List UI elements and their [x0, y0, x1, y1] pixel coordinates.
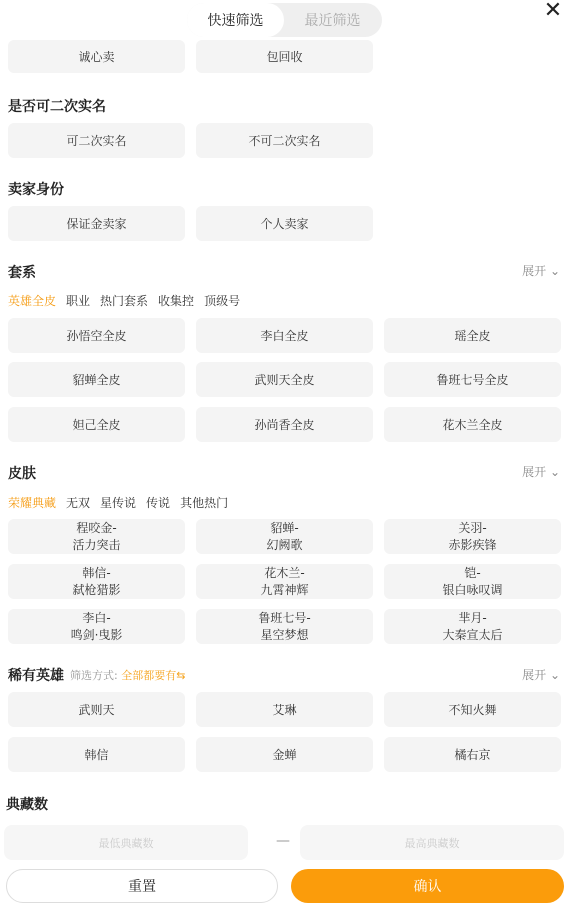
option-personal-seller[interactable]: 个人卖家 — [196, 206, 373, 241]
skin-option[interactable]: 韩信-弑枪猎影 — [8, 564, 185, 599]
skin-name: 弑枪猎影 — [72, 582, 120, 599]
skin-name: 活力突击 — [72, 537, 120, 554]
suit-option[interactable]: 妲己全皮 — [8, 407, 185, 442]
rare-filter-mode: 筛选方式: 全部都要有⇆ — [70, 667, 185, 683]
suit-tab[interactable]: 职业 — [66, 292, 90, 309]
reset-button[interactable]: 重置 — [6, 869, 278, 903]
option-deposit-seller[interactable]: 保证金卖家 — [8, 206, 185, 241]
tab-recent-filter[interactable]: 最近筛选 — [284, 3, 381, 37]
skin-option[interactable]: 铠-银白咏叹调 — [384, 564, 561, 599]
skin-tab[interactable]: 其他热门 — [180, 494, 228, 511]
skin-tab[interactable]: 传说 — [146, 494, 170, 511]
suit-tab[interactable]: 英雄全皮 — [8, 292, 56, 309]
rare-hero-option[interactable]: 金蝉 — [196, 737, 373, 772]
skin-option[interactable]: 李白-鸣剑·曳影 — [8, 609, 185, 644]
chevron-down-icon: ⌄ — [550, 465, 560, 479]
skin-hero: 铠- — [464, 565, 480, 582]
section-title-rare: 稀有英雄 — [8, 665, 64, 685]
suit-option[interactable]: 孙悟空全皮 — [8, 318, 185, 353]
filter-mode-toggle: 快速筛选 最近筛选 — [187, 3, 382, 37]
suit-option[interactable]: 花木兰全皮 — [384, 407, 561, 442]
rare-expand-button[interactable]: 展开 ⌄ — [522, 666, 560, 683]
skin-tab[interactable]: 无双 — [66, 494, 90, 511]
skin-hero: 李白- — [82, 610, 110, 627]
suit-tabs: 英雄全皮 职业 热门套系 收集控 顶级号 — [8, 292, 240, 309]
suit-expand-button[interactable]: 展开 ⌄ — [522, 262, 560, 279]
max-collection-input[interactable]: 最高典藏数 — [300, 825, 564, 860]
skin-tab[interactable]: 星传说 — [100, 494, 136, 511]
rare-hero-option[interactable]: 艾琳 — [196, 692, 373, 727]
section-title-collection: 典藏数 — [6, 794, 48, 814]
skin-hero: 鲁班七号- — [258, 610, 310, 627]
skin-hero: 芈月- — [458, 610, 486, 627]
rare-hero-option[interactable]: 韩信 — [8, 737, 185, 772]
skin-name: 星空梦想 — [260, 627, 308, 644]
option-buyback[interactable]: 包回收 — [196, 40, 373, 73]
close-icon[interactable]: ✕ — [542, 0, 564, 22]
skin-option[interactable]: 花木兰-九霄神辉 — [196, 564, 373, 599]
skin-option[interactable]: 鲁班七号-星空梦想 — [196, 609, 373, 644]
suit-option[interactable]: 武则天全皮 — [196, 362, 373, 397]
rare-hero-option[interactable]: 武则天 — [8, 692, 185, 727]
suit-option[interactable]: 鲁班七号全皮 — [384, 362, 561, 397]
skin-name: 鸣剑·曳影 — [71, 627, 123, 644]
option-realname-yes[interactable]: 可二次实名 — [8, 123, 185, 158]
filter-mode-label: 筛选方式: — [70, 669, 118, 682]
skin-tabs: 荣耀典藏 无双 星传说 传说 其他热门 — [8, 494, 228, 511]
suit-tab[interactable]: 收集控 — [158, 292, 194, 309]
chevron-down-icon: ⌄ — [550, 264, 560, 278]
suit-option[interactable]: 貂蝉全皮 — [8, 362, 185, 397]
section-title-realname: 是否可二次实名 — [8, 96, 106, 116]
skin-option[interactable]: 芈月-大秦宣太后 — [384, 609, 561, 644]
skin-hero: 韩信- — [82, 565, 110, 582]
suit-option[interactable]: 瑶全皮 — [384, 318, 561, 353]
skin-name: 九霄神辉 — [260, 582, 308, 599]
filter-mode-switch[interactable]: 全部都要有⇆ — [121, 669, 185, 682]
suit-option[interactable]: 李白全皮 — [196, 318, 373, 353]
skin-option[interactable]: 貂蝉-幻阙歌 — [196, 519, 373, 554]
range-separator: — — [276, 833, 290, 849]
chevron-down-icon: ⌄ — [550, 668, 560, 682]
skin-hero: 程咬金- — [76, 520, 116, 537]
tab-quick-filter[interactable]: 快速筛选 — [187, 3, 284, 37]
min-collection-input[interactable]: 最低典藏数 — [4, 825, 248, 860]
skin-expand-button[interactable]: 展开 ⌄ — [522, 463, 560, 480]
skin-name: 银白咏叹调 — [442, 582, 502, 599]
section-title-skin: 皮肤 — [8, 463, 36, 483]
skin-hero: 貂蝉- — [270, 520, 298, 537]
skin-name: 幻阙歌 — [266, 537, 302, 554]
skin-name: 大秦宣太后 — [442, 627, 502, 644]
skin-hero: 关羽- — [458, 520, 486, 537]
header: 快速筛选 最近筛选 ✕ — [0, 0, 570, 40]
option-sincere-sell[interactable]: 诚心卖 — [8, 40, 185, 73]
rare-hero-option[interactable]: 橘右京 — [384, 737, 561, 772]
suit-tab[interactable]: 热门套系 — [100, 292, 148, 309]
skin-tab[interactable]: 荣耀典藏 — [8, 494, 56, 511]
section-title-suit: 套系 — [8, 262, 36, 282]
skin-option[interactable]: 关羽-赤影疾锋 — [384, 519, 561, 554]
skin-option[interactable]: 程咬金-活力突击 — [8, 519, 185, 554]
skin-hero: 花木兰- — [264, 565, 304, 582]
confirm-button[interactable]: 确认 — [291, 869, 564, 903]
suit-option[interactable]: 孙尚香全皮 — [196, 407, 373, 442]
rare-hero-option[interactable]: 不知火舞 — [384, 692, 561, 727]
skin-name: 赤影疾锋 — [448, 537, 496, 554]
section-title-seller: 卖家身份 — [8, 179, 64, 199]
suit-tab[interactable]: 顶级号 — [204, 292, 240, 309]
option-realname-no[interactable]: 不可二次实名 — [196, 123, 373, 158]
